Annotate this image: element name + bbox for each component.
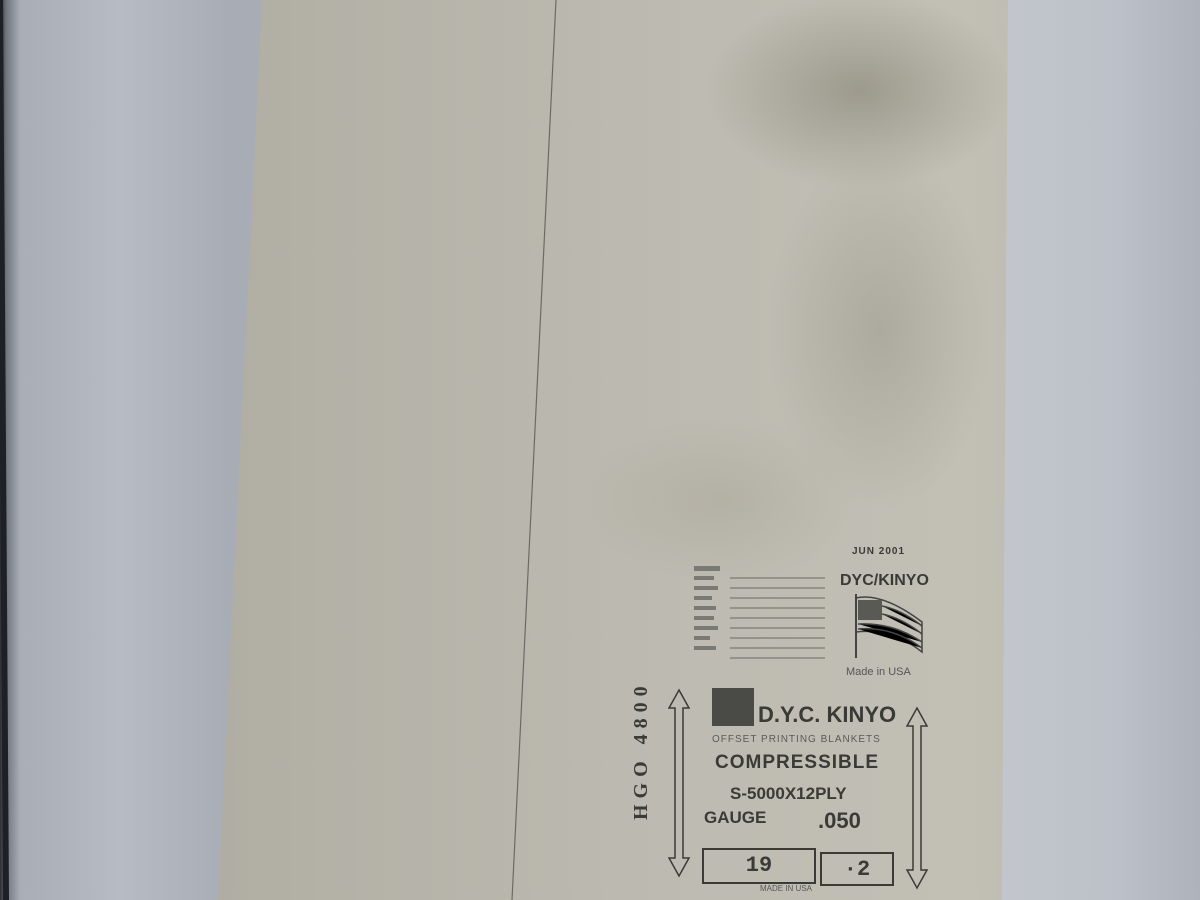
product-name: COMPRESSIBLE — [715, 752, 879, 774]
code-box-left: 19 — [702, 848, 816, 884]
product-spec: S-5000X12PLY — [730, 784, 847, 804]
stamp-subtitle: OFFSET PRINTING BLANKETS — [712, 734, 881, 745]
double-arrow-left — [668, 688, 690, 878]
stamp-brand-upper: DYC/KINYO — [840, 572, 929, 590]
code-box-left-text: 19 — [704, 850, 814, 882]
code-box-right-text: ·2 — [822, 854, 892, 886]
kinyo-logo-icon — [712, 688, 754, 726]
gauge-label: GAUGE — [704, 808, 766, 828]
stamp-brand-main: D.Y.C. KINYO — [758, 702, 896, 728]
stamp-date: JUN 2001 — [852, 546, 905, 557]
printed-text-block — [690, 560, 830, 670]
code-box-right: ·2 — [820, 852, 894, 886]
background-right — [995, 0, 1200, 900]
stamp-footer: MADE IN USA — [760, 884, 812, 893]
vertical-code: HGO 4800 — [630, 680, 653, 820]
us-flag-icon — [852, 592, 924, 658]
double-arrow-right — [906, 706, 928, 890]
gauge-value: .050 — [818, 808, 861, 834]
made-in-text: Made in USA — [846, 666, 911, 678]
